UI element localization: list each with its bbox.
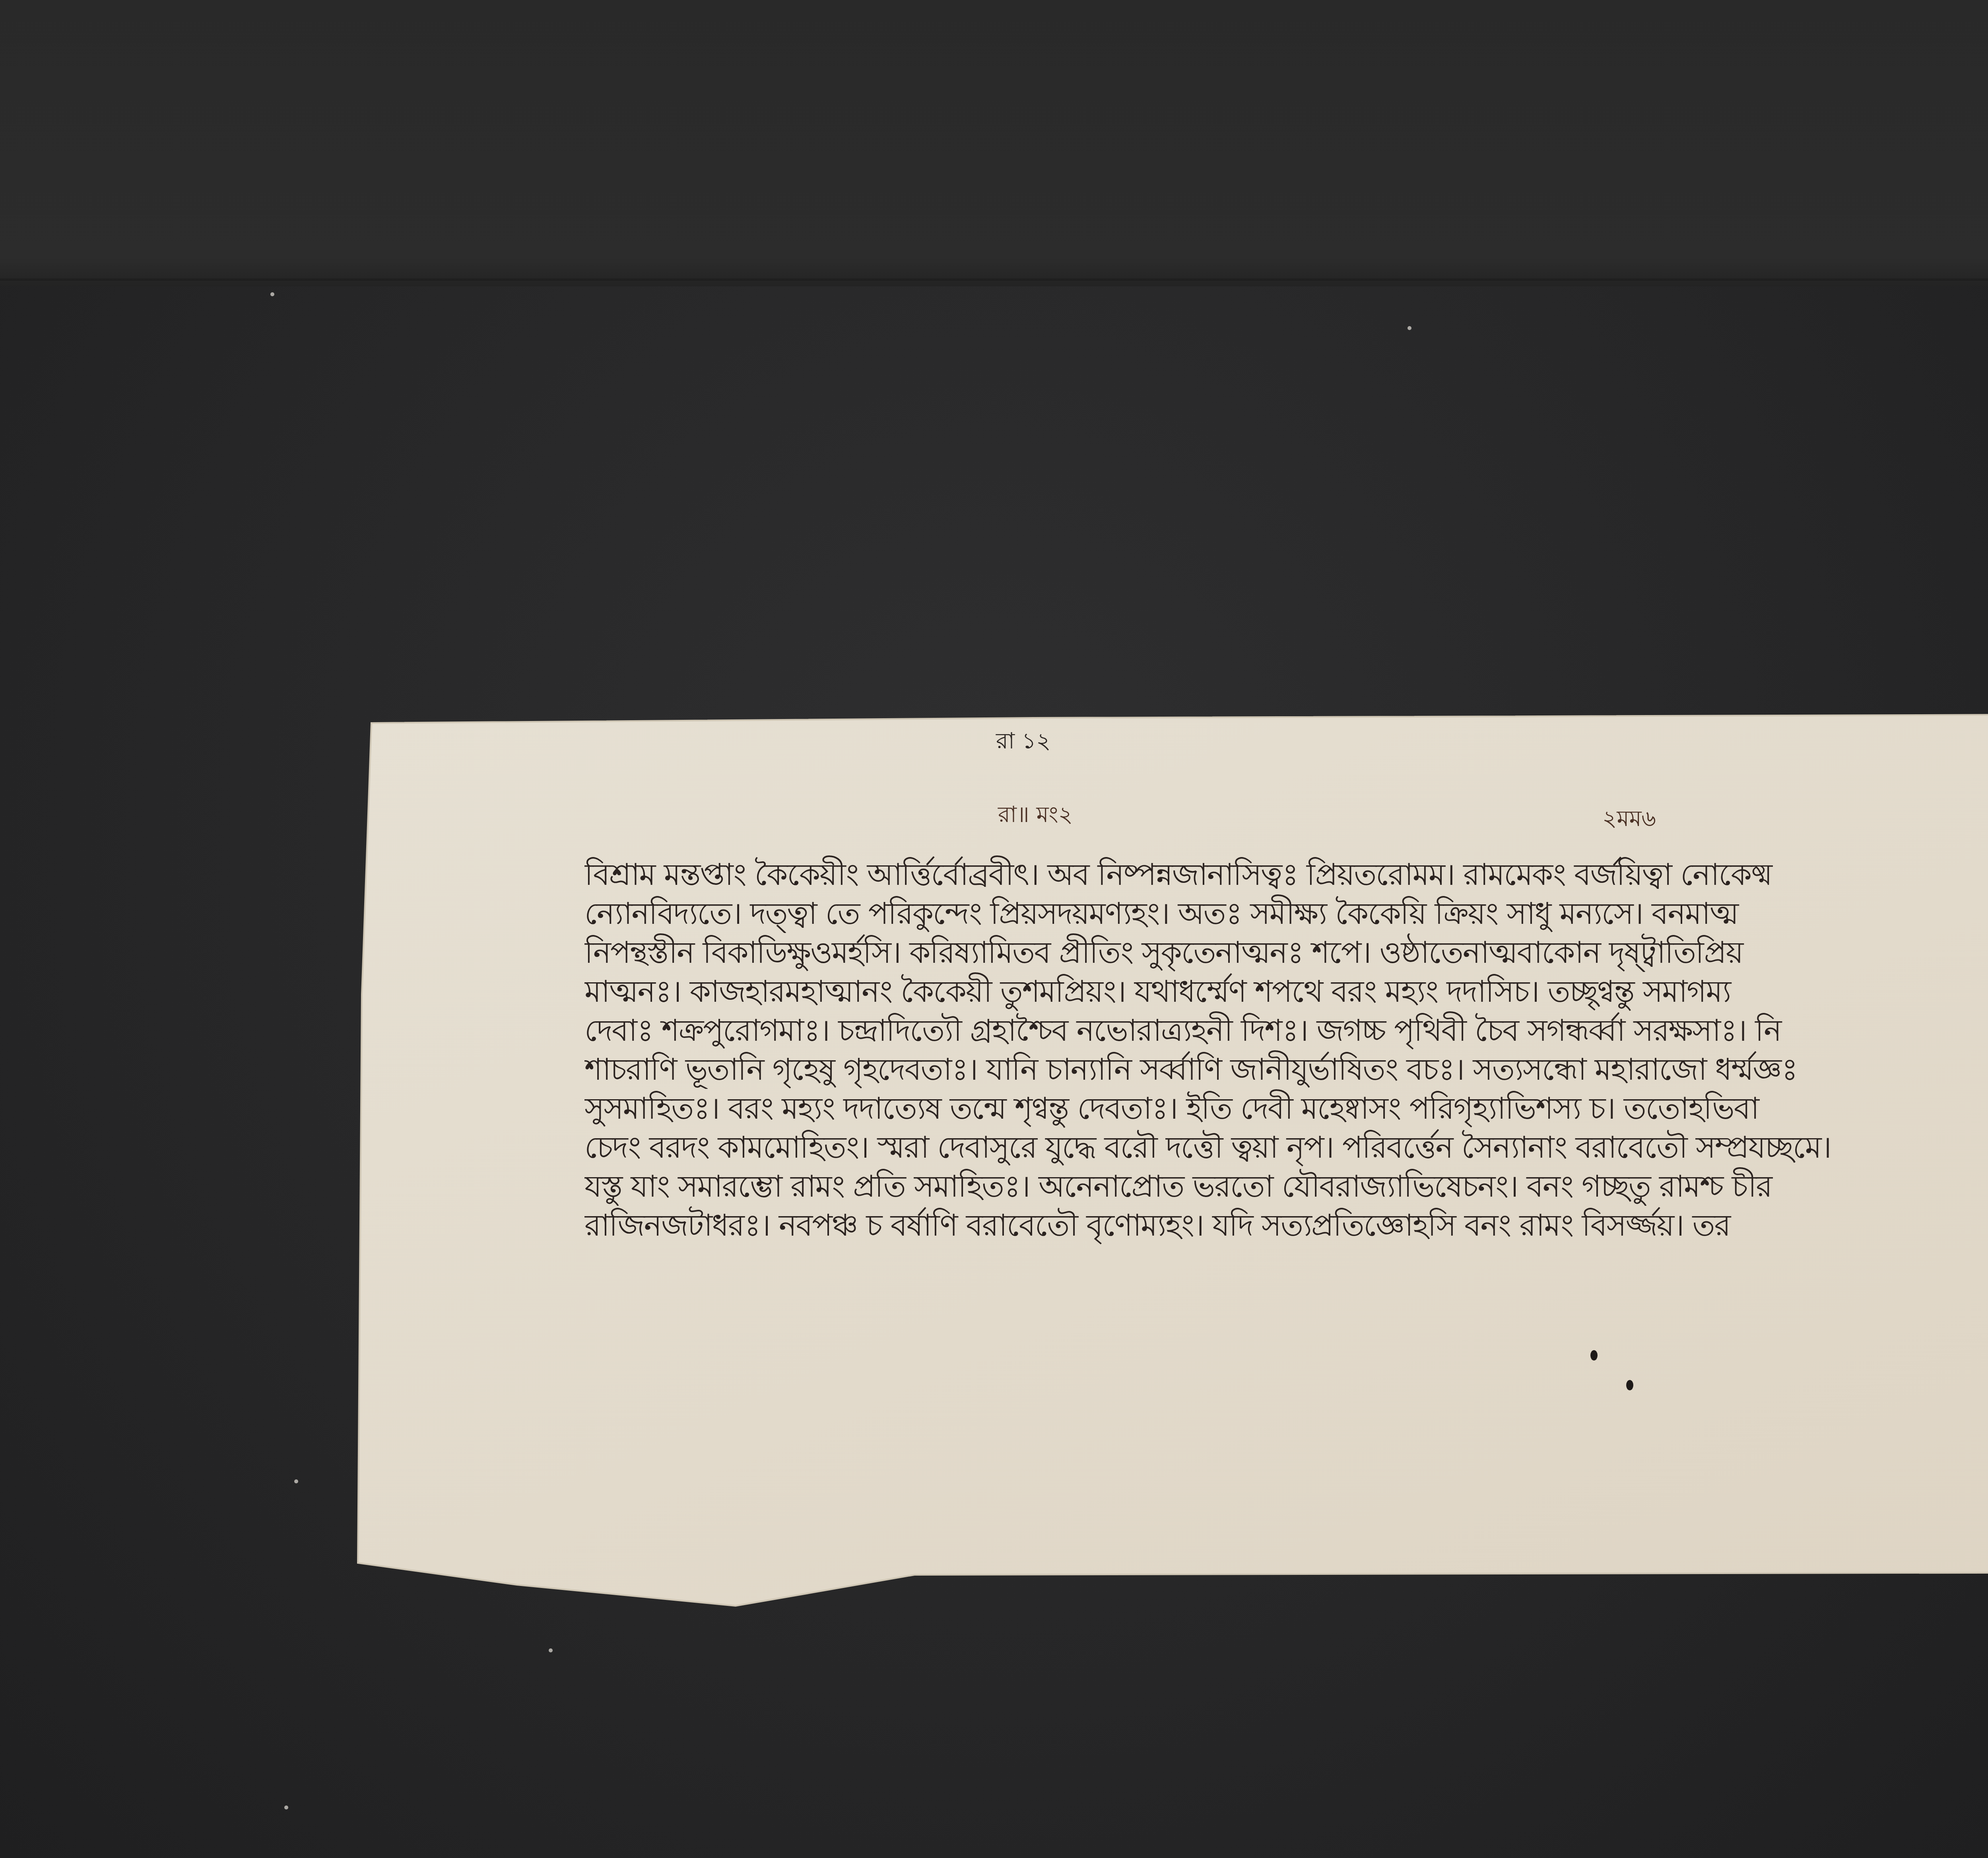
- text-line-9: যস্তু যাং সমারম্ভো রামং প্রতি সমাহিতঃ। অ…: [584, 1167, 1988, 1206]
- text-line-2: ন্যোনবিদ্যতে। দত্ত্বা তে পরিকুন্দেং প্রি…: [584, 894, 1988, 933]
- text-line-5: দেবাঃ শক্রপুরোগমাঃ। চন্দ্রাদিত্যৌ গ্রহাশ…: [584, 1011, 1988, 1050]
- manuscript-text: বিশ্রাম মন্তপ্তাং কৈকেয়ীং আর্ত্তির্বোব্…: [584, 855, 1988, 1245]
- text-line-3: নিপন্থস্তীন বিকাডিক্ষুওমর্হসি। করিষ্যামি…: [584, 933, 1988, 972]
- folio-number: রা ১২: [996, 724, 1051, 761]
- text-line-7: সুসমাহিতঃ। বরং মহ্যং দদাত্যেষ তন্মে শৃণ্…: [584, 1089, 1988, 1128]
- text-line-10: রাজিনজটাধরঃ। নবপঞ্চ চ বর্ষাণি বরাবেতৌ বৃ…: [584, 1206, 1988, 1245]
- left-heading: রা॥ মং২: [998, 797, 1073, 835]
- text-line-6: শাচরাণি ভূতানি গৃহেষু গৃহদেবতাঃ। যানি চা…: [584, 1050, 1988, 1089]
- ink-dot: [1626, 1380, 1633, 1390]
- text-line-1: বিশ্রাম মন্তপ্তাং কৈকেয়ীং আর্ত্তির্বোব্…: [584, 855, 1988, 894]
- text-line-8: চেদং বরদং কামমোহিতং। স্মরা দেবাসুরে যুদ্…: [584, 1128, 1988, 1167]
- center-heading: ২মম৬: [1602, 801, 1656, 839]
- text-line-4: মাত্মনঃ। কাজহারমহাত্মানং কৈকেয়ী তুশমপ্র…: [584, 972, 1988, 1011]
- ink-dot: [1590, 1350, 1598, 1360]
